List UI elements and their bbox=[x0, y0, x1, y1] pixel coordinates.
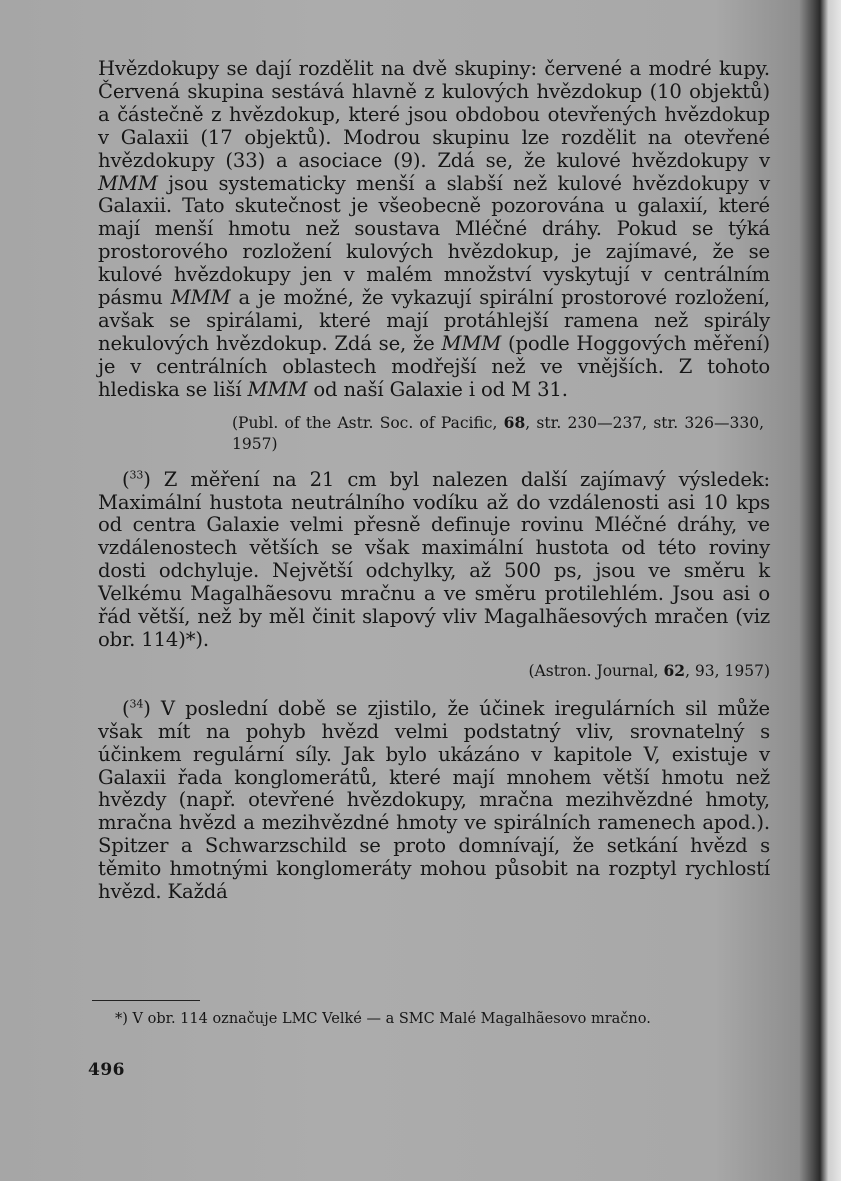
note-marker: 33 bbox=[130, 468, 144, 481]
italic-mmm: MMM bbox=[98, 172, 158, 195]
citation-text: (Publ. of the Astr. Soc. of Pacific, bbox=[232, 414, 504, 432]
note-marker: 34 bbox=[130, 697, 144, 710]
citation-volume: 62 bbox=[663, 661, 685, 680]
note-text: V poslední době se zjistilo, že účinek i… bbox=[98, 697, 770, 903]
citation-pasp: (Publ. of the Astr. Soc. of Pacific, 68,… bbox=[98, 412, 770, 455]
citation-aj: (Astron. Journal, 62, 93, 1957) bbox=[98, 660, 770, 682]
paragraph-clusters: Hvězdokupy se dají rozdělit na dvě skupi… bbox=[98, 58, 770, 402]
text-run: od naší Galaxie i od M 31. bbox=[307, 378, 568, 401]
text-column: Hvězdokupy se dají rozdělit na dvě skupi… bbox=[98, 58, 770, 904]
footnote: *) V obr. 114 označuje LMC Velké — a SMC… bbox=[115, 1011, 651, 1027]
text-run: Hvězdokupy se dají rozdělit na dvě skupi… bbox=[98, 57, 770, 172]
note-text: Z měření na 21 cm byl nalezen další zají… bbox=[98, 468, 770, 651]
note-34: (34) V poslední době se zjistilo, že úči… bbox=[98, 698, 770, 904]
citation-text: , 93, 1957) bbox=[685, 662, 770, 680]
citation-text: (Astron. Journal, bbox=[529, 662, 664, 680]
scanned-page: Hvězdokupy se dají rozdělit na dvě skupi… bbox=[0, 0, 841, 1181]
footnote-divider bbox=[92, 1000, 200, 1001]
italic-mmm: MMM bbox=[441, 332, 501, 355]
citation-volume: 68 bbox=[504, 413, 526, 432]
italic-mmm: MMM bbox=[171, 286, 231, 309]
page-number: 496 bbox=[88, 1060, 125, 1080]
note-33: (33) Z měření na 21 cm byl nalezen další… bbox=[98, 469, 770, 652]
italic-mmm: MMM bbox=[248, 378, 308, 401]
